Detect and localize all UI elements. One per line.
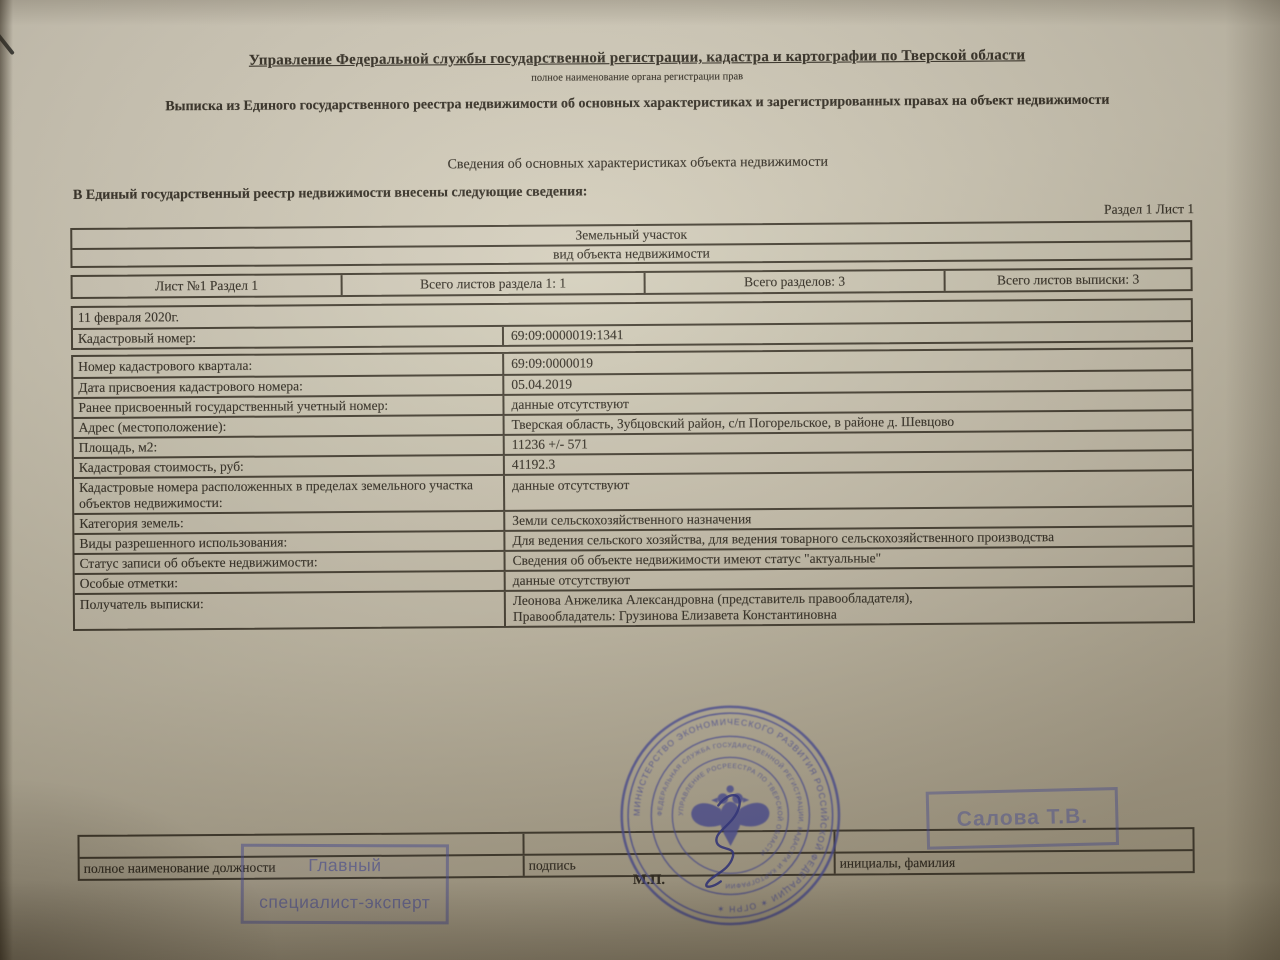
- row-label: Площадь, м2:: [74, 436, 505, 457]
- intro-line: В Единый государственный реестр недвижим…: [73, 184, 588, 204]
- row-label: Виды разрешенного использования:: [74, 532, 505, 553]
- org-name: Управление Федеральной службы государств…: [0, 46, 1277, 72]
- sheet-info-cell: Лист №1 Раздел 1: [73, 275, 341, 297]
- row-label: Дата присвоения кадастрового номера:: [73, 376, 504, 397]
- row-label: Кадастровый номер:: [73, 327, 504, 348]
- row-label: Кадастровая стоимость, руб:: [74, 456, 505, 477]
- row-label: Номер кадастрового квартала:: [73, 354, 504, 377]
- section-title: Сведения об основных характеристиках объ…: [0, 152, 1278, 177]
- sheet-info-cell: Всего разделов: 3: [644, 271, 944, 293]
- document-photo: Управление Федеральной службы государств…: [0, 0, 1280, 960]
- name-stamp: Салова Т.В.: [926, 787, 1119, 850]
- sheet-info-cell: Всего листов выписки: 3: [944, 269, 1191, 291]
- date-table: 11 февраля 2020г. Кадастровый номер: 69:…: [71, 298, 1193, 350]
- sheet-info-cell: Всего листов раздела 1: 1: [341, 273, 644, 295]
- paper-sheet: Управление Федеральной службы государств…: [0, 0, 1280, 960]
- staple-icon: [0, 22, 15, 56]
- recipient-line2: Правообладатель: Грузинова Елизавета Кон…: [513, 604, 1189, 625]
- object-type-table: Земельный участок вид объекта недвижимос…: [70, 220, 1192, 268]
- org-name-caption: полное наименование органа регистрации п…: [0, 68, 1277, 88]
- sheet-reference: Раздел 1 Лист 1: [1104, 201, 1194, 218]
- document-title: Выписка из Единого государственного реес…: [57, 92, 1217, 116]
- row-label: Ранее присвоенный государственный учетны…: [73, 396, 504, 417]
- row-label: Статус записи об объекте недвижимости:: [75, 552, 506, 573]
- row-label: Получатель выписки:: [75, 592, 506, 629]
- position-stamp-line1: Главный: [308, 855, 381, 876]
- signature-scribble: [670, 787, 781, 898]
- position-stamp-line2: специалист-эксперт: [259, 892, 430, 914]
- sheet-info-table: Лист №1 Раздел 1 Всего листов раздела 1:…: [71, 267, 1193, 299]
- row-label: Кадастровые номера расположенных в преде…: [74, 476, 505, 513]
- row-value: 69:09:0000019:1341: [504, 322, 1191, 345]
- name-caption: инициалы, фамилия: [834, 851, 1193, 874]
- row-value: Леонова Анжелика Александровна (представ…: [506, 587, 1193, 626]
- row-label: Адрес (местоположение):: [74, 416, 505, 437]
- name-stamp-text: Салова Т.В.: [956, 805, 1088, 832]
- row-label: Особые отметки:: [75, 572, 506, 593]
- position-stamp: Главный специалист-эксперт: [241, 844, 449, 925]
- row-value: данные отсутствуют: [505, 471, 1192, 510]
- details-table: Номер кадастрового квартала: 69:09:00000…: [71, 347, 1195, 631]
- row-label: Категория земель:: [74, 512, 505, 533]
